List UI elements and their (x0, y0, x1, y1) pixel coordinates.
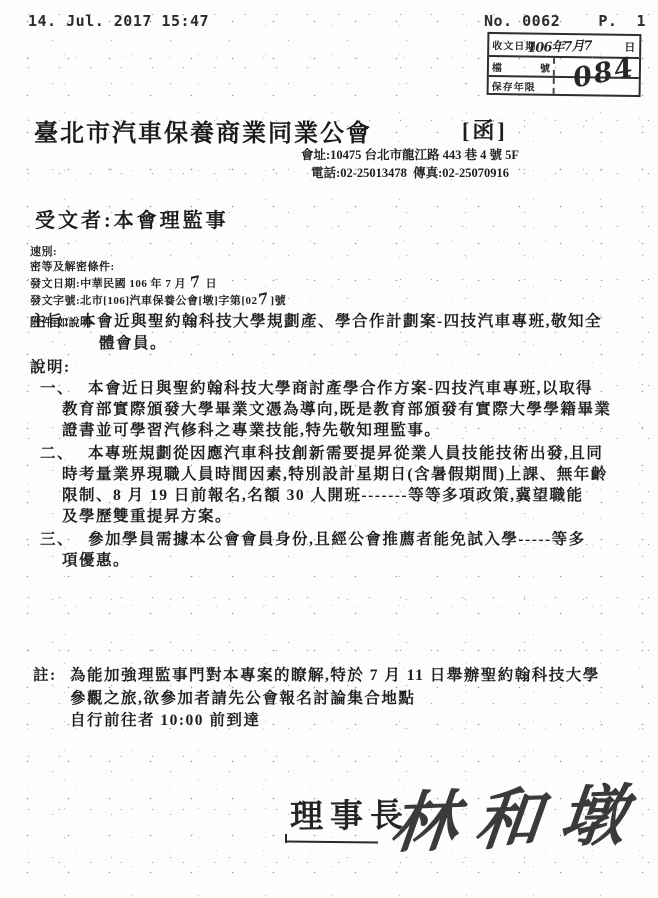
subject-label: 主旨: (30, 311, 71, 332)
note-line-1: 為能加強理監事門對本專案的瞭解,特於 7 月 11 日舉辦聖約翰科技大學 (70, 665, 600, 686)
subject-line-1: 本會近與聖約翰科技大學規劃產、學合作計劃案-四技汽車專班,敬知全 (80, 311, 602, 332)
item-2-marker: 二、 (40, 443, 74, 464)
note-line-2: 參觀之旅,欲參加者請先公會報名討論集合地點 (70, 688, 415, 709)
fax-page: 14. Jul. 2017 15:47 No. 0062 P. 1 收文日期 1… (0, 0, 658, 898)
receipt-stamp: 收文日期 106年7月7 日 檔 號 保存年限 084 (487, 32, 642, 97)
item-1-line-1: 本會近日與聖約翰科技大學商討產學合作方案-四技汽車專班,以取得 (88, 378, 593, 399)
reference-number-suffix: ]號 (270, 295, 286, 307)
note-label: 註: (33, 665, 57, 686)
organization-address: 會址:10475 台北市龍江路 443 巷 4 號 5F (245, 146, 575, 164)
stamp-file-char: 檔 (492, 58, 502, 73)
subject-line-2: 體會員。 (99, 333, 167, 354)
item-1-line-2: 教育部實際頒發大學畢業文憑為導向,既是教育部頒發有實際大學學籍畢業 (62, 399, 611, 420)
reference-number-line: 發文字號:北市[106]汽車保養公會[墩]字第[027]號 (30, 292, 286, 309)
letterhead-contact-block: 會址:10475 台北市龍江路 443 巷 4 號 5F 電話:02-25013… (245, 146, 575, 182)
reference-number-handwritten-digit: 7 (257, 291, 271, 308)
signature-underline (286, 841, 378, 844)
stamp-number-char: 號 (540, 59, 550, 74)
note-line-3: 自行前往者 10:00 前到達 (70, 710, 260, 731)
issue-date-prefix: 發文日期:中華民國 106 年 7 月 (30, 278, 189, 290)
stamp-received-date-handwritten: 106年7月7 (527, 35, 592, 56)
item-3-marker: 三、 (40, 529, 74, 550)
item-2-line-3: 限制、8 月 19 日前報名,名額 30 人開班-------等等多項政策,冀望… (62, 485, 584, 506)
organization-name: 臺北市汽車保養商業同業公會 (34, 113, 372, 148)
explanation-label: 說明: (30, 357, 71, 378)
issue-date-suffix: 日 (202, 278, 217, 290)
item-1-marker: 一、 (40, 378, 74, 399)
stamp-file-number-label: 檔 號 (489, 57, 555, 76)
issue-date-line: 發文日期:中華民國 106 年 7 月 7 日 (30, 275, 286, 292)
signature-underline-tick (285, 834, 287, 843)
security-class-line: 密等及解密條件: (30, 260, 286, 275)
fax-datetime: 14. Jul. 2017 15:47 (28, 12, 209, 30)
reference-number-prefix: 發文字號:北市[106]汽車保養公會[墩]字第[02 (30, 295, 257, 307)
item-2-line-2: 時考量業界現職人員時間因素,特別設計星期日(含暑假期間)上課、無年齡 (62, 464, 608, 485)
organization-phone-fax: 電話:02-25013478 傳真:02-25070916 (245, 164, 575, 182)
item-2-line-1: 本專班規劃從因應汽車科技創新需要提昇從業人員技能技術出發,且同 (88, 443, 603, 464)
fax-page-number: No. 0062 P. 1 (484, 12, 646, 30)
speed-class-line: 速別: (30, 245, 286, 260)
document-type-label: [函] (462, 114, 508, 145)
issue-date-handwritten-day: 7 (189, 274, 203, 291)
signature-name-handwritten: 林和墩 (386, 762, 649, 866)
item-3-line-1: 參加學員需據本公會會員身份,且經公會推薦者能免試入學-----等多 (88, 529, 586, 550)
item-3-line-2: 項優惠。 (62, 550, 130, 571)
recipient-line: 受文者:本會理監事 (35, 204, 229, 233)
stamp-retention-label: 保存年限 (489, 77, 555, 94)
item-1-line-3: 證書並可學習汽修科之專業技能,特先敬知理監事。 (62, 420, 441, 441)
item-2-line-4: 及學歷雙重提昇方案。 (62, 506, 232, 527)
